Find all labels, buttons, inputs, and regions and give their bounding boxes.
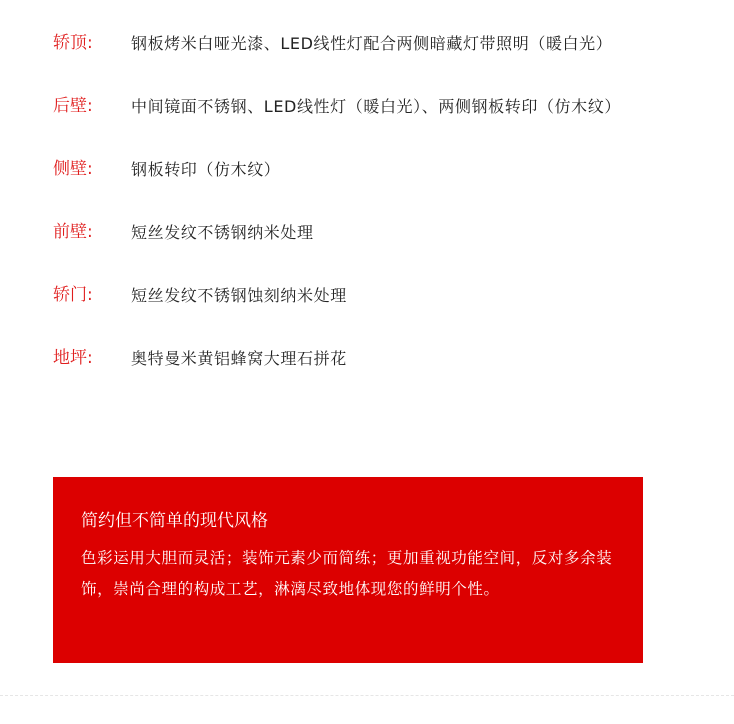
spec-row-front-wall: 前壁: 短丝发纹不锈钢纳米处理 bbox=[53, 217, 673, 248]
spec-list: 轿顶: 钢板烤米白哑光漆、LED线性灯配合两侧暗藏灯带照明（暖白光） 后壁: 中… bbox=[53, 28, 673, 406]
spec-row-side-wall: 侧壁: 钢板转印（仿木纹） bbox=[53, 154, 673, 185]
spec-row-car-door: 轿门: 短丝发纹不锈钢蚀刻纳米处理 bbox=[53, 280, 673, 311]
spec-label: 侧壁: bbox=[53, 154, 131, 185]
spec-value: 短丝发纹不锈钢纳米处理 bbox=[131, 217, 673, 248]
spec-row-ceiling: 轿顶: 钢板烤米白哑光漆、LED线性灯配合两侧暗藏灯带照明（暖白光） bbox=[53, 28, 673, 59]
spec-label: 前壁: bbox=[53, 217, 131, 248]
dashed-divider bbox=[0, 695, 734, 696]
spec-row-rear-wall: 后壁: 中间镜面不锈钢、LED线性灯（暖白光）、两侧钢板转印（仿木纹） bbox=[53, 91, 673, 122]
spec-label: 轿顶: bbox=[53, 28, 131, 59]
spec-value: 钢板转印（仿木纹） bbox=[131, 154, 673, 185]
spec-label: 后壁: bbox=[53, 91, 131, 122]
spec-label: 地坪: bbox=[53, 343, 131, 374]
spec-label: 轿门: bbox=[53, 280, 131, 311]
feature-box: 简约但不简单的现代风格 色彩运用大胆而灵活；装饰元素少而简练；更加重视功能空间，… bbox=[53, 477, 643, 663]
spec-value: 中间镜面不锈钢、LED线性灯（暖白光）、两侧钢板转印（仿木纹） bbox=[131, 91, 673, 122]
spec-value: 奥特曼米黄铝蜂窝大理石拼花 bbox=[131, 343, 673, 374]
feature-box-body: 色彩运用大胆而灵活；装饰元素少而简练；更加重视功能空间，反对多余装饰，崇尚合理的… bbox=[81, 543, 615, 605]
spec-value: 钢板烤米白哑光漆、LED线性灯配合两侧暗藏灯带照明（暖白光） bbox=[131, 28, 673, 59]
feature-box-title: 简约但不简单的现代风格 bbox=[81, 509, 615, 533]
spec-value: 短丝发纹不锈钢蚀刻纳米处理 bbox=[131, 280, 673, 311]
spec-row-floor: 地坪: 奥特曼米黄铝蜂窝大理石拼花 bbox=[53, 343, 673, 374]
